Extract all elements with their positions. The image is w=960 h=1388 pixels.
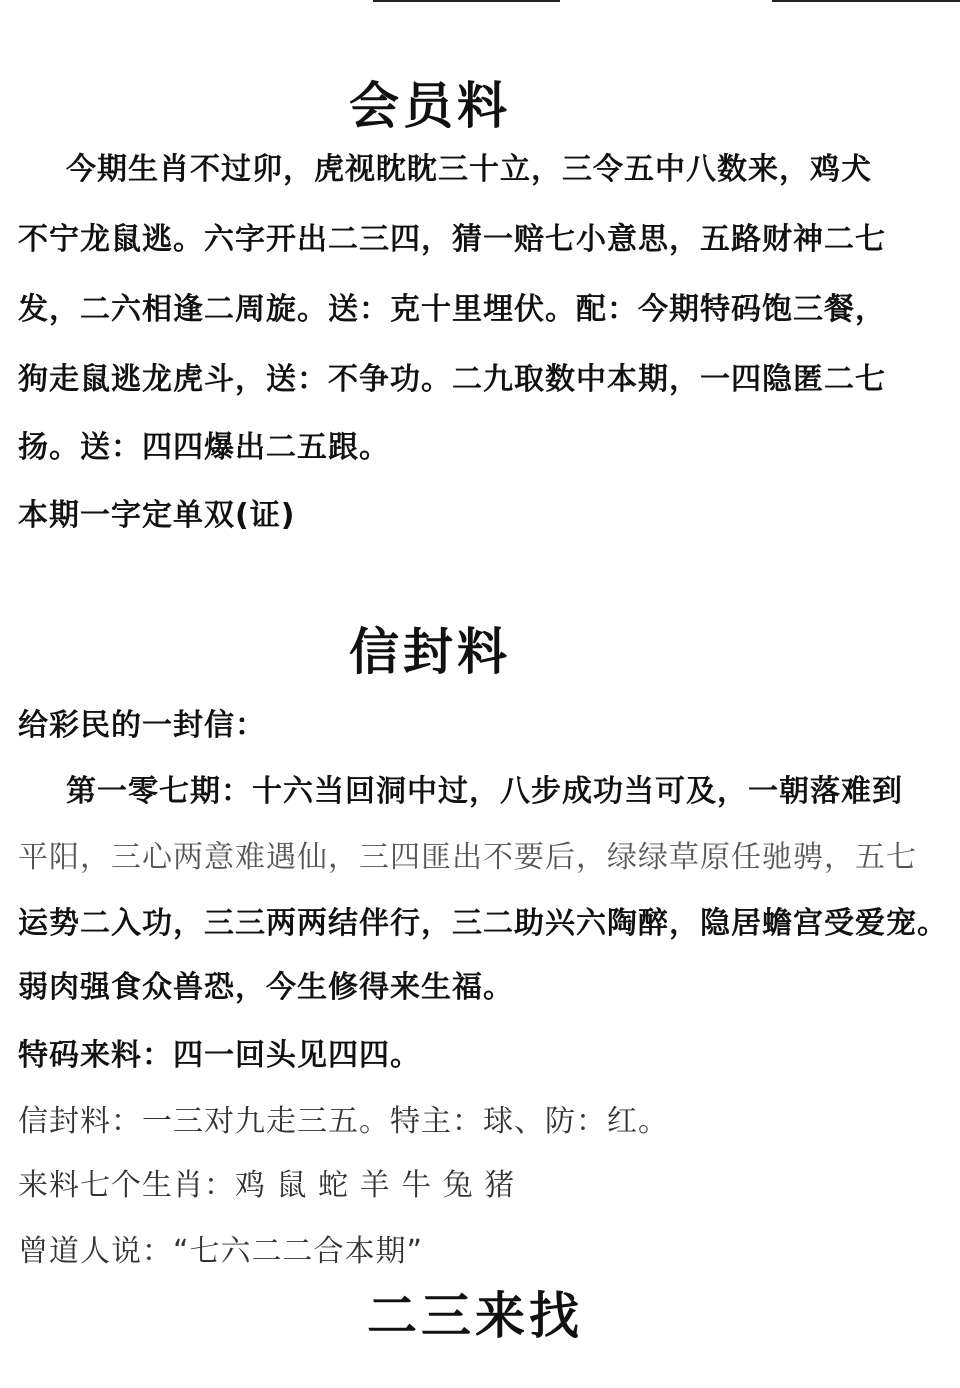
top-rule-left bbox=[373, 0, 560, 2]
envelope-line: 信封料：一三对九走三五。特主：球、防：红。 bbox=[18, 1096, 948, 1140]
letter-line: 第一零七期：十六当回洞中过，八步成功当可及，一朝落难到 bbox=[66, 766, 960, 810]
top-rule-right bbox=[772, 0, 960, 2]
zodiac-line: 来料七个生肖：鸡 鼠 蛇 羊 牛 兔 猪 bbox=[18, 1160, 948, 1204]
member-footer: 本期一字定单双(证) bbox=[18, 490, 948, 534]
quote-line: 曾道人说：“七六二二合本期” bbox=[18, 1226, 948, 1270]
section-title-member: 会员料 bbox=[0, 66, 860, 138]
letter-line: 平阳，三心两意难遇仙，三四匪出不要后，绿绿草原任驰骋，五七 bbox=[18, 832, 948, 876]
letter-greeting: 给彩民的一封信： bbox=[18, 700, 948, 744]
section-title-envelope: 信封料 bbox=[0, 612, 860, 684]
section-title-closing: 二三来找 bbox=[0, 1276, 950, 1348]
special-code-line: 特码来料：四一回头见四四。 bbox=[18, 1030, 948, 1074]
member-text-line: 发，二六相逢二周旋。送：克十里埋伏。配：今期特码饱三餐， bbox=[18, 284, 948, 328]
member-text-line: 狗走鼠逃龙虎斗，送：不争功。二九取数中本期，一四隐匿二七 bbox=[18, 354, 948, 398]
member-text-line: 不宁龙鼠逃。六字开出二三四，猜一赔七小意思，五路财神二七 bbox=[18, 214, 948, 258]
letter-line: 弱肉强食众兽恐，今生修得来生福。 bbox=[18, 962, 948, 1006]
letter-line: 运势二入功，三三两两结伴行，三二助兴六陶醉，隐居蟾宫受爱宠。 bbox=[18, 898, 948, 942]
member-text-line: 扬。送：四四爆出二五跟。 bbox=[18, 422, 948, 466]
member-text-line: 今期生肖不过卯，虎视眈眈三十立，三令五中八数来，鸡犬 bbox=[66, 144, 960, 188]
